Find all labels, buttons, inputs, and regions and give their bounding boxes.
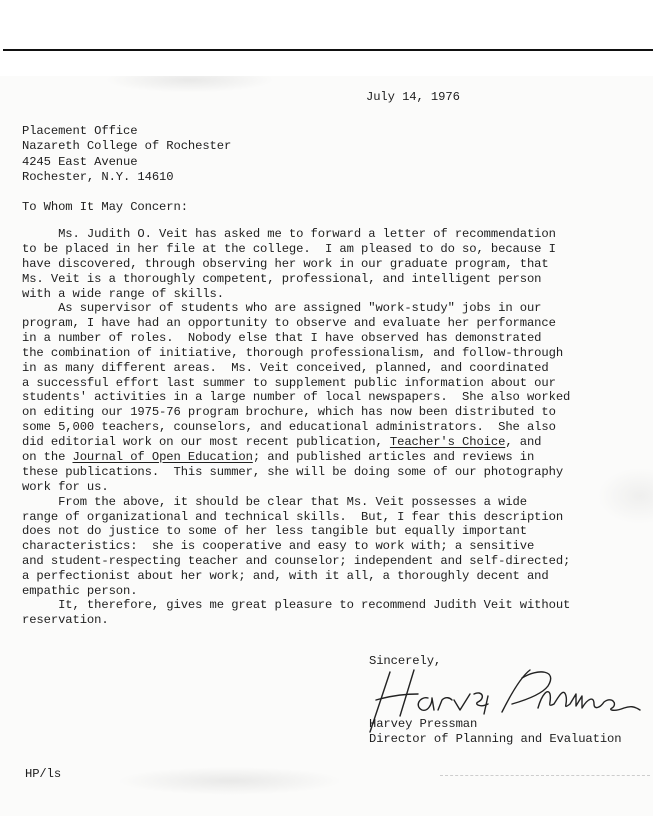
body-line: From the above, it should be clear that … [22,495,527,510]
body-line: on editing our 1975-76 program brochure,… [22,405,556,420]
body-line: program, I have had an opportunity to ob… [22,316,556,331]
body-line: does not do justice to some of her less … [22,524,527,539]
body-line: As supervisor of students who are assign… [22,301,541,316]
body-line: Ms. Veit is a thoroughly competent, prof… [22,272,541,287]
body-line: in as many different areas. Ms. Veit con… [22,361,549,376]
body-line: characteristics: she is cooperative and … [22,539,534,554]
address-line: Placement Office [22,124,137,139]
body-line: on the Journal of Open Education; and pu… [22,450,534,465]
body-line: empathic person. [22,584,137,599]
body-line: have discovered, through observing her w… [22,257,549,272]
body-line: Ms. Judith O. Veit has asked me to forwa… [22,227,556,242]
body-line: range of organizational and technical sk… [22,510,563,525]
address-line: 4245 East Avenue [22,155,137,170]
publication-title-journal: Journal of Open Education [73,450,253,464]
address-line: Nazareth College of Rochester [22,139,231,154]
salutation: To Whom It May Concern: [22,200,188,215]
body-line: reservation. [22,613,109,628]
body-line: with a wide range of skills. [22,287,224,302]
body-line: in a number of roles. Nobody else that I… [22,331,541,346]
body-line: students' activities in a large number o… [22,390,570,405]
body-line: did editorial work on our most recent pu… [22,435,541,450]
reference-initials: HP/ls [25,767,61,782]
body-line: to be placed in her file at the college.… [22,242,556,257]
body-text: did editorial work on our most recent pu… [22,435,390,449]
body-line: the combination of initiative, thorough … [22,346,563,361]
body-line: a perfectionist about her work; and, wit… [22,569,549,584]
publication-title-teachers-choice: Teacher's Choice [390,435,505,449]
body-line: these publications. This summer, she wil… [22,465,563,480]
body-text: on the [22,450,73,464]
body-line: work for us. [22,480,109,495]
letter-date: July 14, 1976 [366,90,460,105]
body-line: It, therefore, gives me great pleasure t… [22,598,570,613]
signer-name: Harvey Pressman [369,717,477,732]
body-line: some 5,000 teachers, counselors, and edu… [22,420,556,435]
signer-title: Director of Planning and Evaluation [369,732,621,747]
address-line: Rochester, N.Y. 14610 [22,170,174,185]
body-line: a successful effort last summer to suppl… [22,376,556,391]
scan-artifact-line [440,775,650,777]
body-line: and student-respecting teacher and couns… [22,554,570,569]
body-text: , and [505,435,541,449]
top-divider-rule [3,49,653,51]
body-text: ; and published articles and reviews in [253,450,534,464]
